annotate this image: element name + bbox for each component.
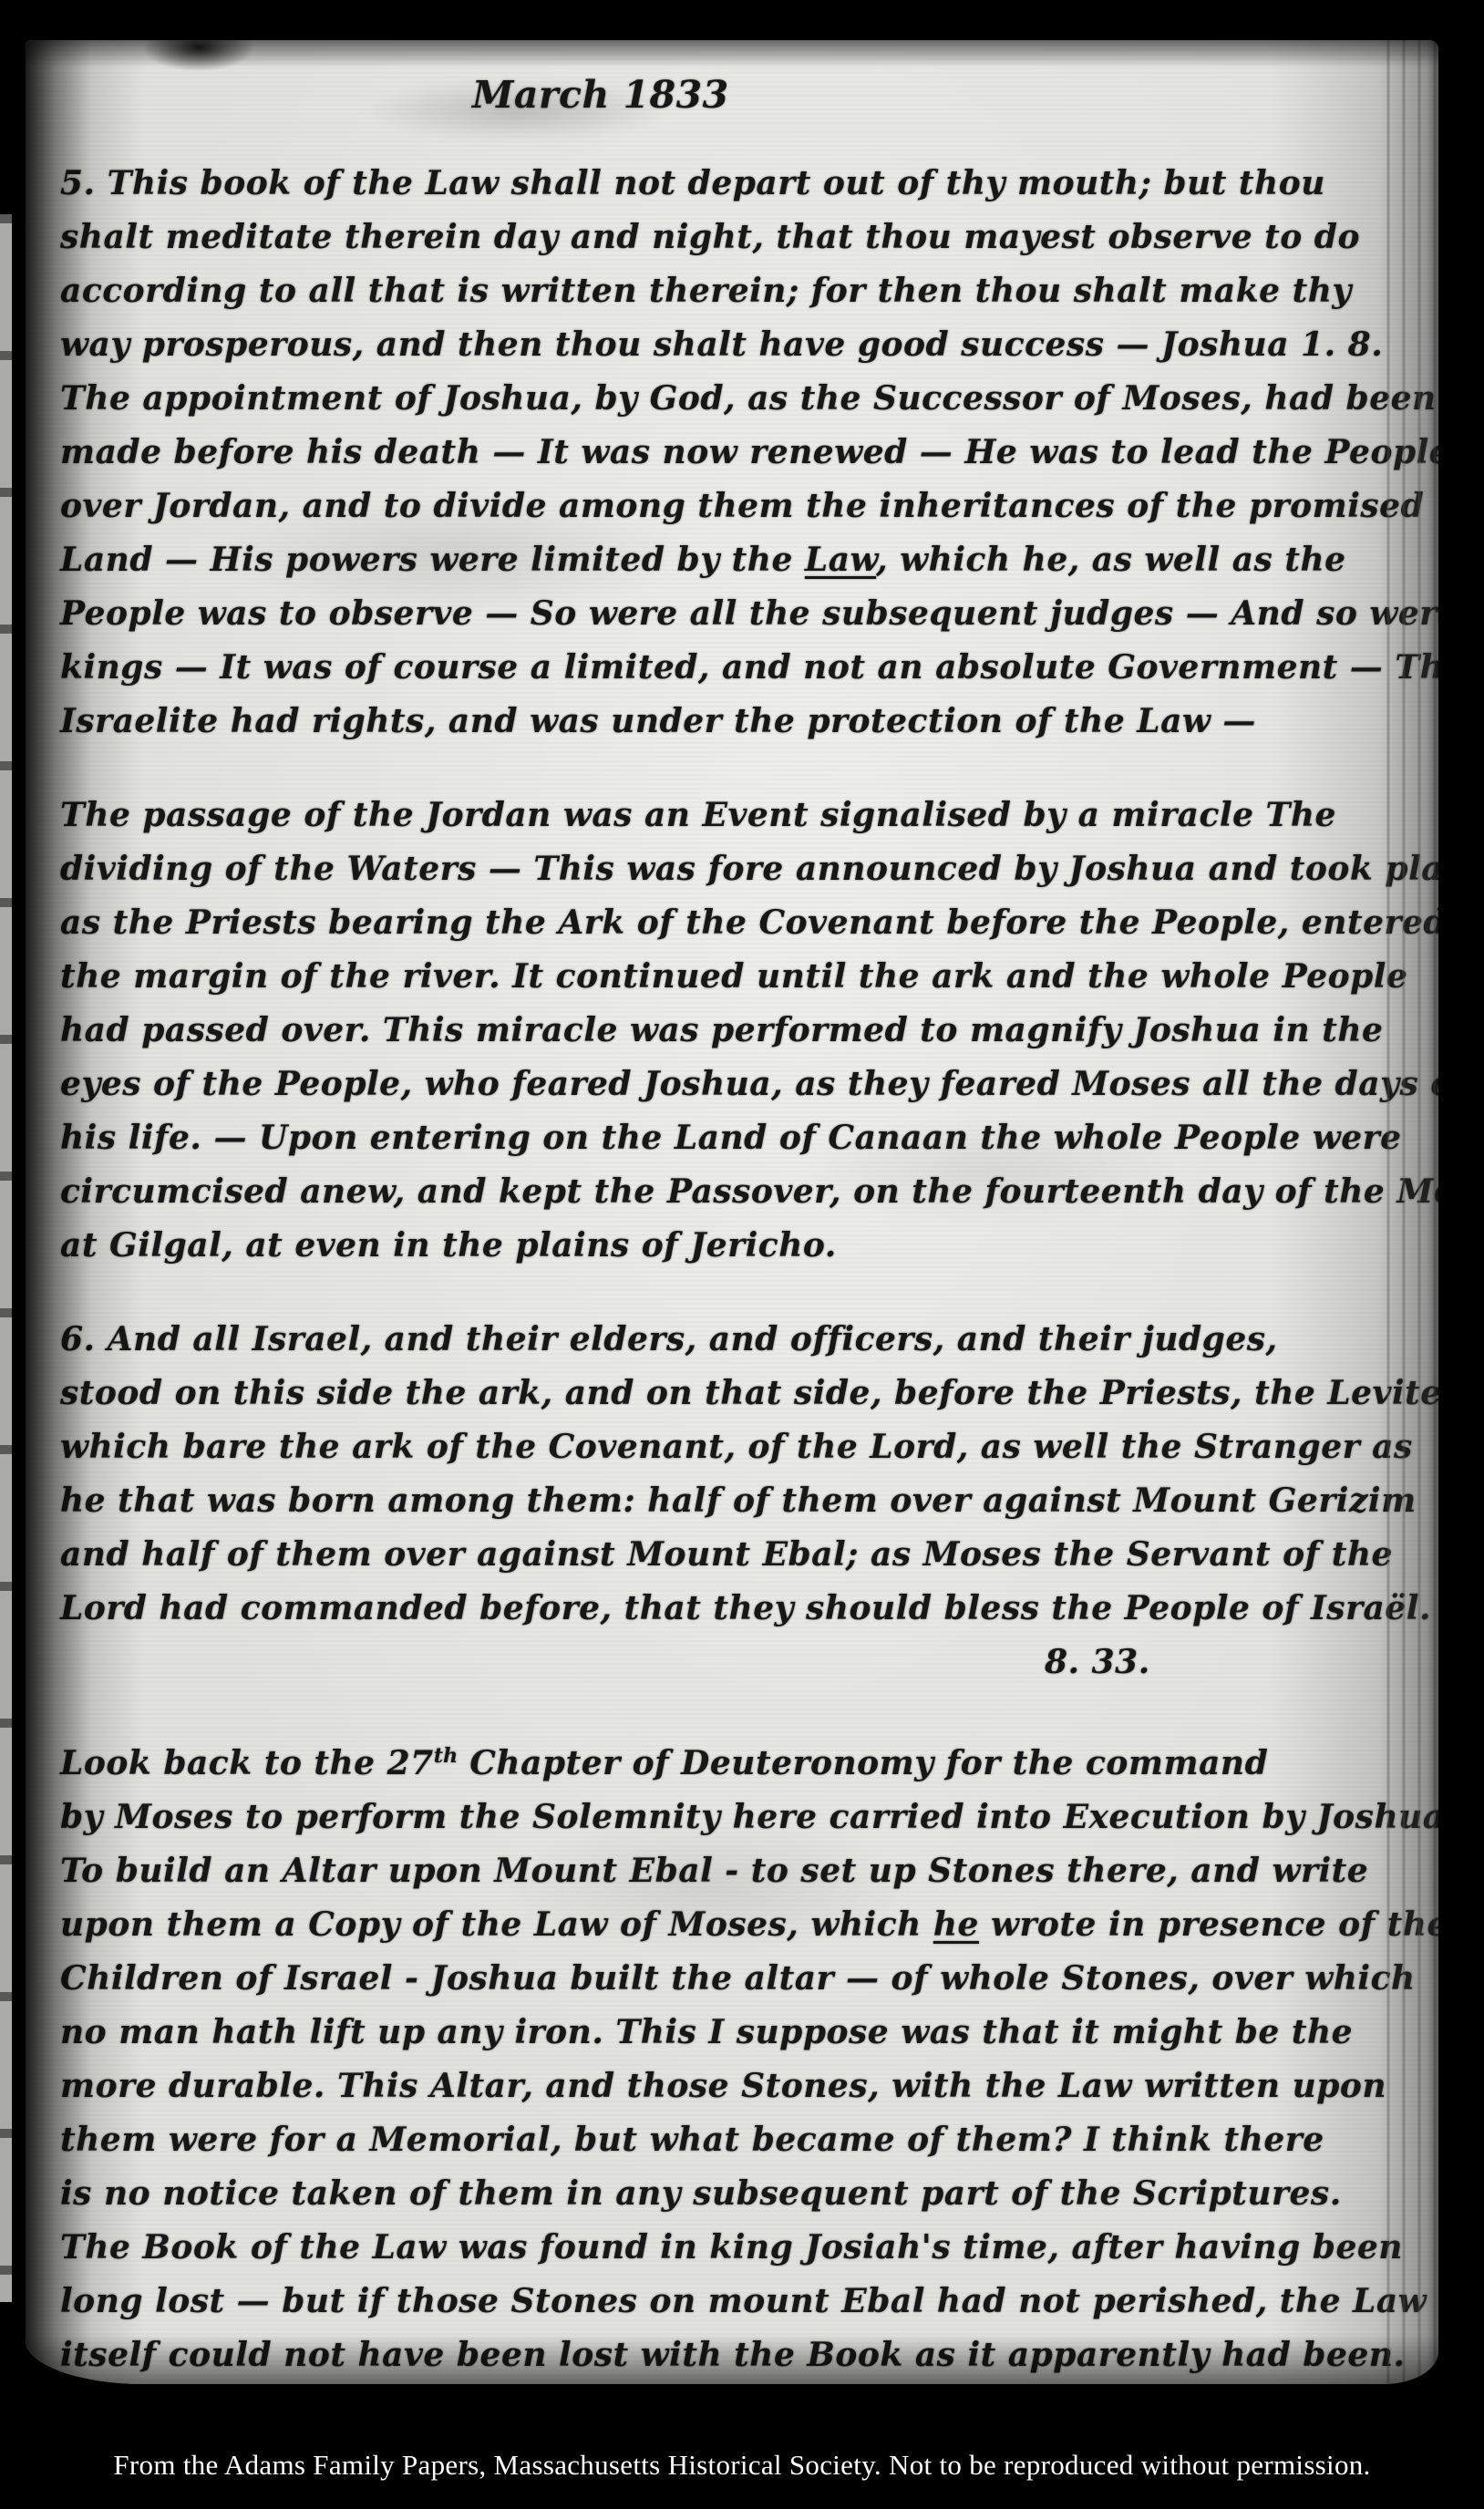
manuscript-line: according to all that is written therein… [60,264,1304,318]
manuscript-line: kings — It was of course a limited, and … [60,641,1304,695]
manuscript-line: no man hath lift up any iron. This I sup… [60,2006,1304,2060]
manuscript-line: the margin of the river. It continued un… [60,950,1304,1004]
page-top-shadow [26,40,1438,67]
text-segment: wrote in presence of the [979,1905,1438,1944]
manuscript-line: which bare the ark of the Covenant, of t… [60,1420,1304,1474]
manuscript-line: The passage of the Jordan was an Event s… [60,789,1304,842]
text-segment: , which he, as well as the [876,541,1345,579]
manuscript-page: March 1833 5. This book of the Law shall… [26,40,1438,2384]
paragraph-commentary: Look back to the 27th Chapter of Deutero… [60,1729,1304,2382]
manuscript-line: and half of them over against Mount Ebal… [60,1528,1304,1582]
manuscript-line: circumcised anew, and kept the Passover,… [60,1165,1304,1219]
text-segment: Land — His powers were limited by the [60,541,805,579]
manuscript-line: People was to observe — So were all the … [60,587,1304,641]
archive-credit: From the Adams Family Papers, Massachuse… [0,2449,1484,2482]
manuscript-line: more durable. This Altar, and those Ston… [60,2060,1304,2113]
manuscript-line: he that was born among them: half of the… [60,1474,1304,1528]
adjacent-page-edge [0,214,12,2302]
text-segment: Chapter of Deuteronomy for the command [458,1744,1268,1782]
manuscript-line: stood on this side the ark, and on that … [60,1367,1304,1420]
manuscript-line: them were for a Memorial, but what becam… [60,2113,1304,2167]
paragraph-israel-verse: 6. And all Israel, and their elders, and… [60,1313,1304,1689]
manuscript-text: March 1833 5. This book of the Law shall… [60,73,1304,2382]
manuscript-line: To build an Altar upon Mount Ebal - to s… [60,1844,1304,1898]
paragraph-jordan-passage: The passage of the Jordan was an Event s… [60,789,1304,1273]
manuscript-line: long lost — but if those Stones on mount… [60,2275,1304,2328]
book-page-edges [1378,40,1438,2384]
paragraph-joshua-quote: 5. This book of the Law shall not depart… [60,157,1304,749]
manuscript-line: shalt meditate therein day and night, th… [60,211,1304,264]
manuscript-line: made before his death — It was now renew… [60,426,1304,480]
manuscript-line: way prosperous, and then thou shalt have… [60,318,1304,372]
page-heading: March 1833 [472,73,1304,117]
manuscript-line: over Jordan, and to divide among them th… [60,480,1304,533]
underlined-word: he [933,1905,979,1944]
manuscript-line: 6. And all Israel, and their elders, and… [60,1313,1304,1367]
text-segment: upon them a Copy of the Law of Moses, wh… [60,1905,933,1944]
manuscript-line: is no notice taken of them in any subseq… [60,2167,1304,2221]
underlined-word: Law [805,541,876,579]
manuscript-line: 5. This book of the Law shall not depart… [60,157,1304,211]
manuscript-line: eyes of the People, who feared Joshua, a… [60,1058,1304,1111]
manuscript-line: his life. — Upon entering on the Land of… [60,1111,1304,1165]
manuscript-line: Lord had commanded before, that they sho… [60,1582,1304,1636]
manuscript-line: dividing of the Waters — This was fore a… [60,842,1304,896]
manuscript-line: had passed over. This miracle was perfor… [60,1004,1304,1058]
manuscript-line: Look back to the 27th Chapter of Deutero… [60,1729,1304,1791]
ordinal-superscript: th [434,1744,459,1768]
manuscript-line: Israelite had rights, and was under the … [60,695,1304,749]
page-bottom-shadow [26,2334,1438,2384]
manuscript-line: The Book of the Law was found in king Jo… [60,2221,1304,2275]
manuscript-line: at Gilgal, at even in the plains of Jeri… [60,1219,1304,1273]
verse-citation: 8. 33. [1045,1636,1304,1689]
manuscript-line: by Moses to perform the Solemnity here c… [60,1791,1304,1844]
manuscript-line: upon them a Copy of the Law of Moses, wh… [60,1898,1304,1952]
manuscript-line: Children of Israel - Joshua built the al… [60,1952,1304,2006]
manuscript-line: The appointment of Joshua, by God, as th… [60,372,1304,426]
binding-gutter-shadow [26,40,144,2384]
manuscript-line: Land — His powers were limited by the La… [60,533,1304,587]
manuscript-line: as the Priests bearing the Ark of the Co… [60,896,1304,950]
scanned-manuscript-photo: March 1833 5. This book of the Law shall… [0,0,1484,2509]
